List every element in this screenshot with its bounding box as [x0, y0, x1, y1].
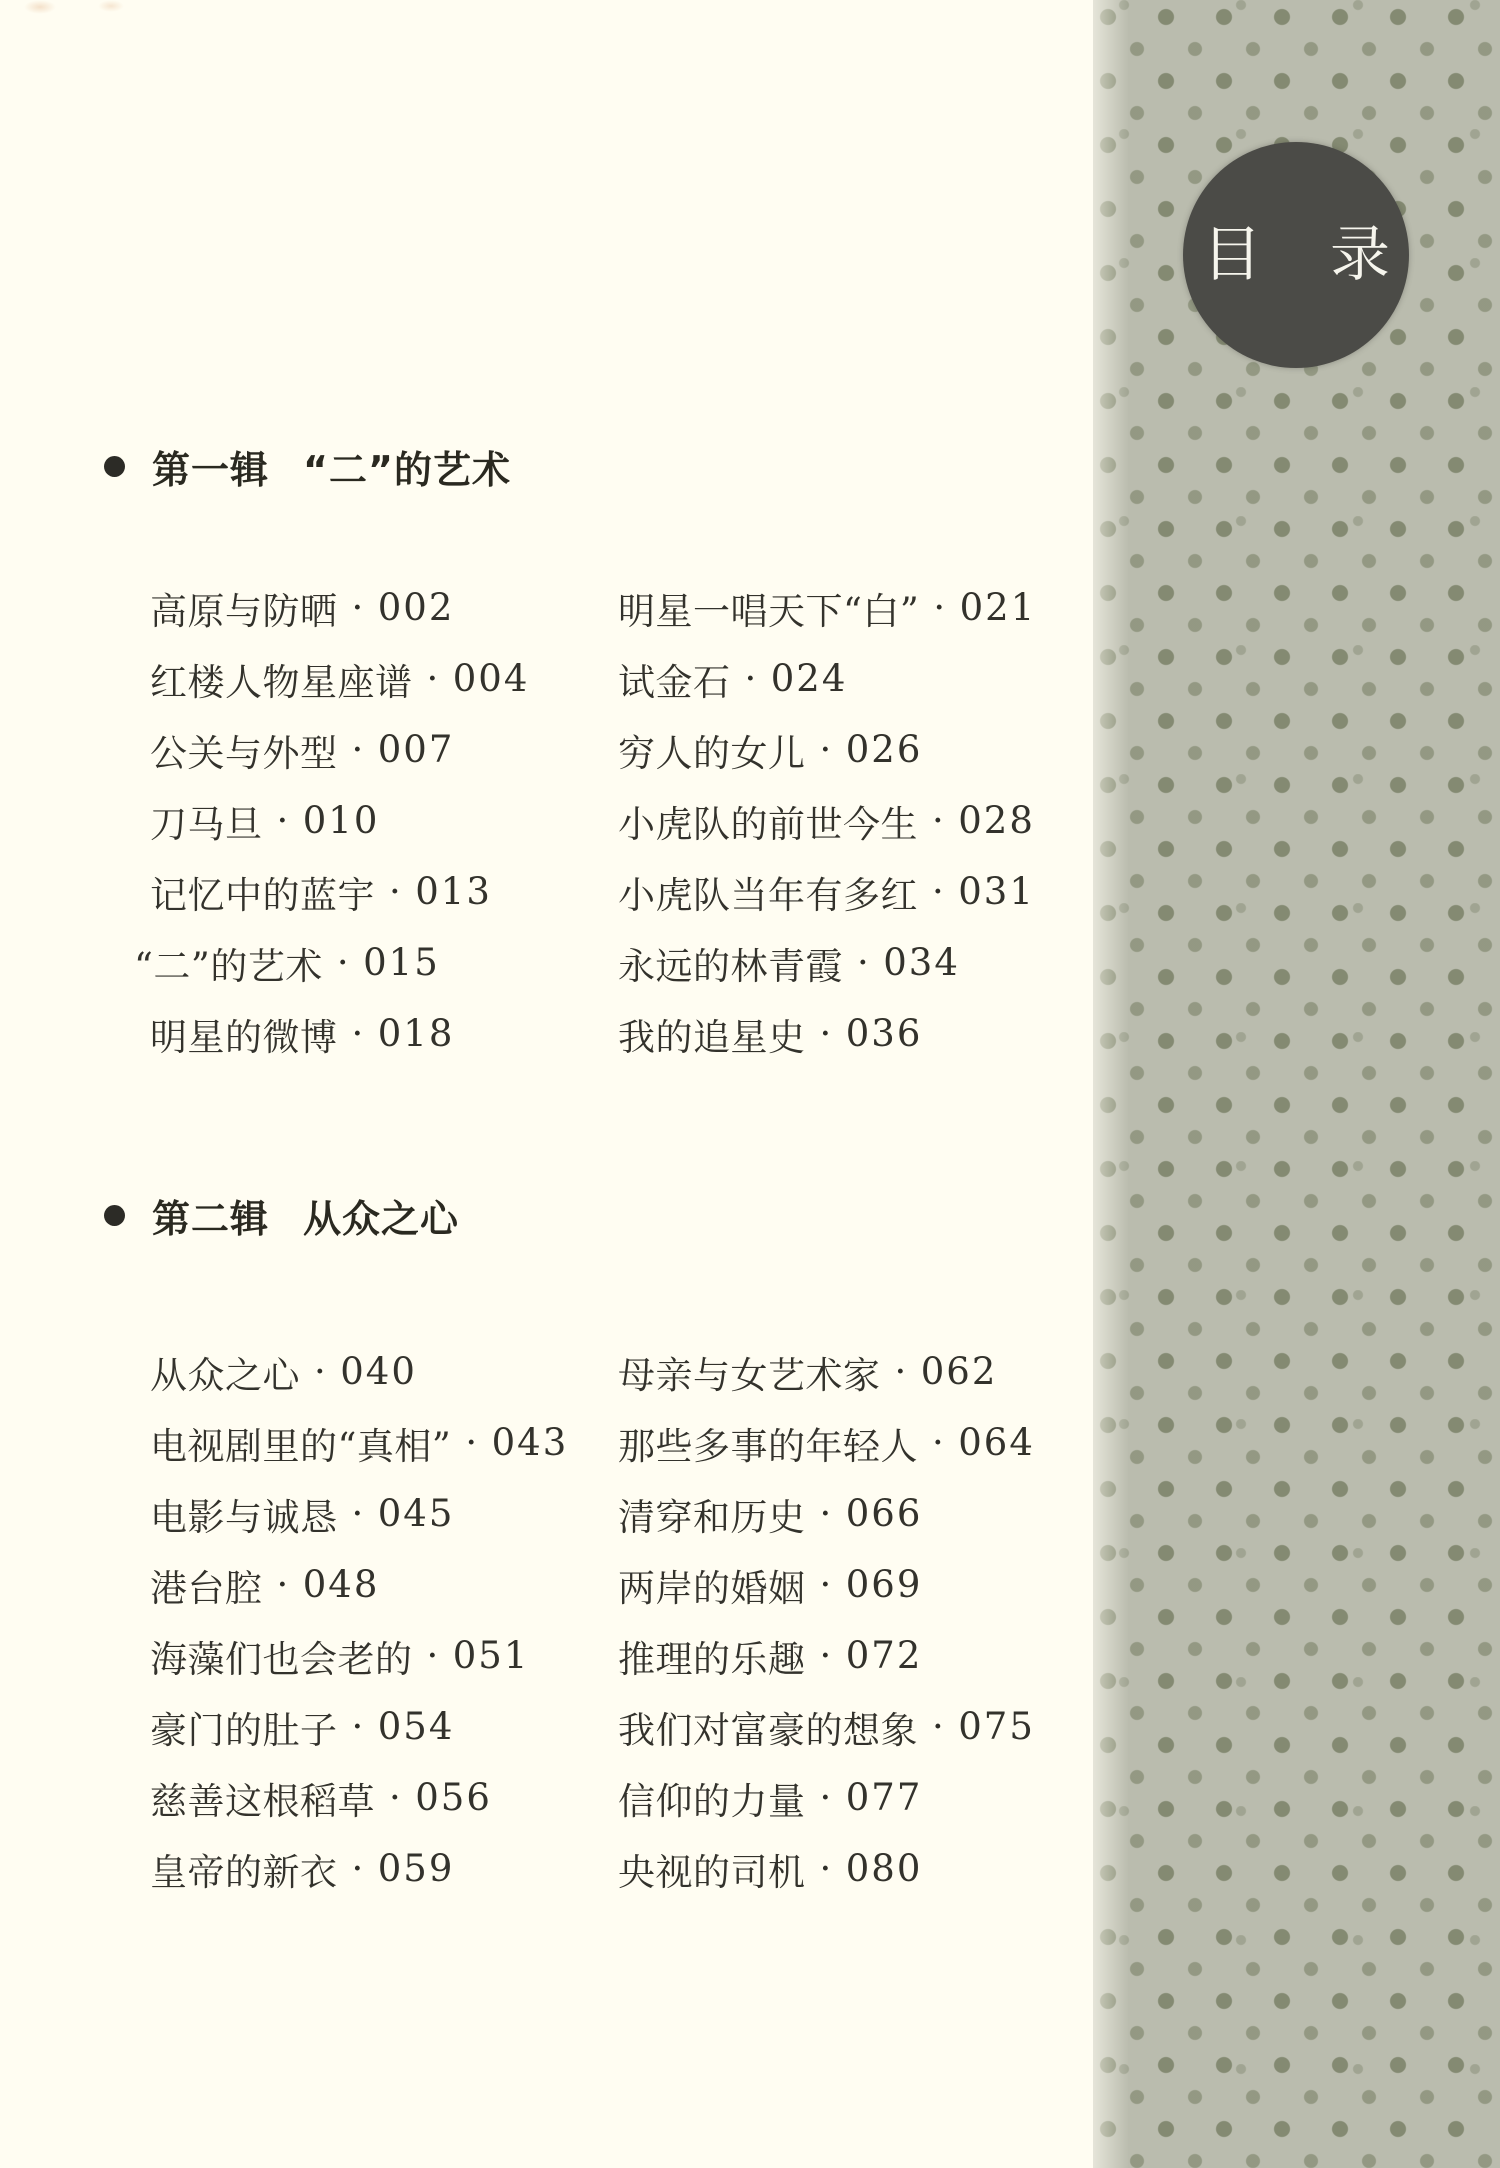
section-title: 从众之心: [303, 1188, 459, 1243]
item-separator: ·: [932, 1705, 944, 1748]
item-title: 从众之心: [150, 1345, 300, 1399]
toc-item: 港台腔·048: [150, 1549, 568, 1620]
item-title: 红楼人物星座谱: [150, 652, 413, 706]
item-separator: ·: [352, 586, 364, 629]
toc-item: 电视剧里的“真相”·043: [150, 1407, 568, 1478]
item-title: 记忆中的蓝宇: [150, 865, 375, 919]
item-title: 我的追星史: [618, 1007, 806, 1061]
item-separator: ·: [932, 1421, 944, 1464]
toc-item: 记忆中的蓝宇·013: [150, 856, 529, 927]
section-1-column-1: 高原与防晒·002 红楼人物星座谱·004 公关与外型·007 刀马旦·010 …: [150, 572, 529, 1069]
item-title: 明星一唱天下“白”: [618, 581, 919, 635]
item-title: 永远的林青霞: [618, 936, 843, 990]
toc-item: 两岸的婚姻·069: [618, 1549, 1035, 1620]
item-page: 054: [378, 1705, 455, 1748]
section-1-header: 第一辑 “二”的艺术: [104, 444, 511, 488]
toc-item: 小虎队当年有多红·031: [618, 856, 1036, 927]
item-page: 069: [846, 1563, 923, 1606]
item-separator: ·: [857, 941, 869, 984]
toc-item: 皇帝的新衣·059: [150, 1833, 568, 1904]
item-title: 试金石: [618, 652, 731, 706]
toc-item: 穷人的女儿·026: [618, 714, 1036, 785]
item-page: 036: [846, 1012, 923, 1055]
item-page: 010: [303, 799, 380, 842]
item-title: 慈善这根稻草: [150, 1771, 375, 1825]
toc-item: 高原与防晒·002: [150, 572, 529, 643]
item-page: 013: [415, 870, 492, 913]
item-page: 015: [363, 941, 440, 984]
item-page: 043: [492, 1421, 569, 1464]
item-page: 056: [415, 1776, 492, 1819]
item-page: 031: [958, 870, 1035, 913]
toc-item: 海藻们也会老的·051: [150, 1620, 568, 1691]
item-page: 034: [883, 941, 960, 984]
item-separator: ·: [352, 1847, 364, 1890]
item-page: 075: [958, 1705, 1035, 1748]
item-page: 048: [303, 1563, 380, 1606]
item-title: 皇帝的新衣: [150, 1842, 338, 1896]
item-separator: ·: [820, 1847, 832, 1890]
item-separator: ·: [820, 1776, 832, 1819]
toc-item: 公关与外型·007: [150, 714, 529, 785]
item-title: 清穿和历史: [618, 1487, 806, 1541]
toc-item: 慈善这根稻草·056: [150, 1762, 568, 1833]
item-separator: ·: [337, 941, 349, 984]
item-separator: ·: [352, 1705, 364, 1748]
item-separator: ·: [427, 1634, 439, 1677]
item-separator: ·: [820, 1012, 832, 1055]
toc-item: 央视的司机·080: [618, 1833, 1035, 1904]
section-1-column-2: 明星一唱天下“白”·021 试金石·024 穷人的女儿·026 小虎队的前世今生…: [618, 572, 1036, 1069]
item-separator: ·: [933, 586, 945, 629]
toc-item: 信仰的力量·077: [618, 1762, 1035, 1833]
toc-item: 刀马旦·010: [150, 785, 529, 856]
item-page: 077: [846, 1776, 923, 1819]
toc-item: 我们对富豪的想象·075: [618, 1691, 1035, 1762]
item-page: 024: [771, 657, 848, 700]
section-label: 第二辑: [152, 1188, 269, 1243]
item-title: 母亲与女艺术家: [618, 1345, 881, 1399]
item-page: 080: [846, 1847, 923, 1890]
item-page: 066: [846, 1492, 923, 1535]
item-title: 明星的微博: [150, 1007, 338, 1061]
toc-item: 永远的林青霞·034: [618, 927, 1036, 998]
item-page: 028: [958, 799, 1035, 842]
item-title: 港台腔: [150, 1558, 263, 1612]
item-title: 刀马旦: [150, 794, 263, 848]
toc-item: 明星一唱天下“白”·021: [618, 572, 1036, 643]
item-page: 004: [453, 657, 530, 700]
item-page: 062: [921, 1350, 998, 1393]
toc-item: 我的追星史·036: [618, 998, 1036, 1069]
scan-smudge-artifact: [24, 0, 56, 14]
item-page: 072: [846, 1634, 923, 1677]
item-page: 021: [960, 586, 1037, 629]
bullet-icon: [104, 456, 125, 477]
item-title: “二”的艺术: [134, 936, 323, 990]
toc-item: 母亲与女艺术家·062: [618, 1336, 1035, 1407]
item-page: 051: [453, 1634, 530, 1677]
item-page: 002: [378, 586, 455, 629]
item-separator: ·: [820, 728, 832, 771]
toc-item: “二”的艺术·015: [134, 927, 529, 998]
toc-item: 清穿和历史·066: [618, 1478, 1035, 1549]
toc-badge-char: 目: [1202, 225, 1262, 285]
toc-item: 小虎队的前世今生·028: [618, 785, 1036, 856]
toc-item: 豪门的肚子·054: [150, 1691, 568, 1762]
item-separator: ·: [389, 1776, 401, 1819]
toc-item: 那些多事的年轻人·064: [618, 1407, 1035, 1478]
section-title: “二”的艺术: [303, 439, 511, 494]
section-2-column-2: 母亲与女艺术家·062 那些多事的年轻人·064 清穿和历史·066 两岸的婚姻…: [618, 1336, 1035, 1904]
item-separator: ·: [465, 1421, 477, 1464]
item-page: 026: [846, 728, 923, 771]
toc-item: 试金石·024: [618, 643, 1036, 714]
scan-smudge-artifact: [98, 0, 124, 12]
item-page: 007: [378, 728, 455, 771]
item-title: 信仰的力量: [618, 1771, 806, 1825]
item-separator: ·: [277, 799, 289, 842]
item-page: 064: [958, 1421, 1035, 1464]
item-title: 小虎队当年有多红: [618, 865, 918, 919]
item-separator: ·: [352, 1492, 364, 1535]
item-title: 豪门的肚子: [150, 1700, 338, 1754]
item-separator: ·: [277, 1563, 289, 1606]
section-2-header: 第二辑 从众之心: [104, 1193, 459, 1237]
item-title: 公关与外型: [150, 723, 338, 777]
item-title: 海藻们也会老的: [150, 1629, 413, 1683]
page-edge-strip: 目 录: [1093, 0, 1500, 2168]
toc-badge: 目 录: [1183, 142, 1409, 368]
toc-item: 推理的乐趣·072: [618, 1620, 1035, 1691]
item-page: 018: [378, 1012, 455, 1055]
item-title: 小虎队的前世今生: [618, 794, 918, 848]
item-separator: ·: [745, 657, 757, 700]
item-separator: ·: [820, 1563, 832, 1606]
item-title: 电影与诚恳: [150, 1487, 338, 1541]
item-page: 059: [378, 1847, 455, 1890]
toc-page: 目 录 第一辑 “二”的艺术 高原与防晒·002 红楼人物星座谱·004 公关与…: [0, 0, 1500, 2168]
toc-item: 从众之心·040: [150, 1336, 568, 1407]
item-separator: ·: [389, 870, 401, 913]
toc-badge-char: 录: [1330, 225, 1390, 285]
toc-item: 电影与诚恳·045: [150, 1478, 568, 1549]
item-title: 电视剧里的“真相”: [150, 1416, 451, 1470]
toc-item: 红楼人物星座谱·004: [150, 643, 529, 714]
item-separator: ·: [314, 1350, 326, 1393]
section-label: 第一辑: [152, 439, 269, 494]
item-separator: ·: [427, 657, 439, 700]
item-separator: ·: [895, 1350, 907, 1393]
item-title: 穷人的女儿: [618, 723, 806, 777]
item-page: 040: [340, 1350, 417, 1393]
item-title: 那些多事的年轻人: [618, 1416, 918, 1470]
bullet-icon: [104, 1205, 125, 1226]
item-separator: ·: [820, 1492, 832, 1535]
item-title: 央视的司机: [618, 1842, 806, 1896]
toc-item: 明星的微博·018: [150, 998, 529, 1069]
item-separator: ·: [352, 1012, 364, 1055]
section-2-column-1: 从众之心·040 电视剧里的“真相”·043 电影与诚恳·045 港台腔·048…: [150, 1336, 568, 1904]
item-separator: ·: [820, 1634, 832, 1677]
item-separator: ·: [352, 728, 364, 771]
item-title: 我们对富豪的想象: [618, 1700, 918, 1754]
item-separator: ·: [932, 799, 944, 842]
item-title: 高原与防晒: [150, 581, 338, 635]
item-separator: ·: [932, 870, 944, 913]
item-title: 推理的乐趣: [618, 1629, 806, 1683]
item-page: 045: [378, 1492, 455, 1535]
item-title: 两岸的婚姻: [618, 1558, 806, 1612]
